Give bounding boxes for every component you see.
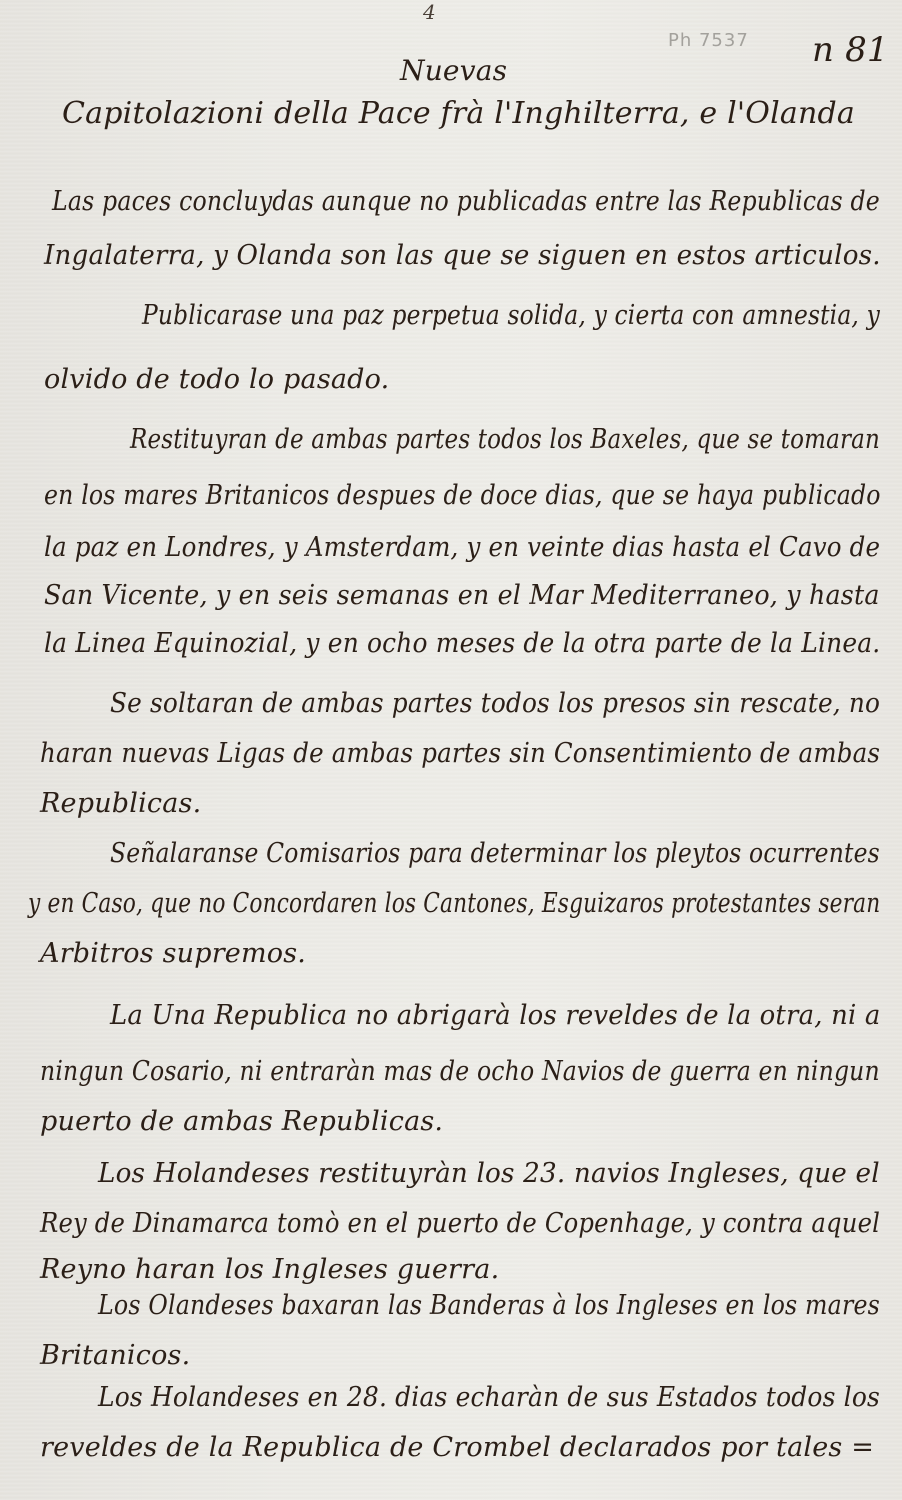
text-line: La Una Republica no abrigarà los revelde… xyxy=(110,1000,880,1031)
text-line: Restituyran de ambas partes todos los Ba… xyxy=(130,424,880,455)
text-line: Se soltaran de ambas partes todos los pr… xyxy=(110,688,880,719)
text-line: reveldes de la Republica de Crombel decl… xyxy=(40,1432,874,1463)
text-line: en los mares Britanicos despues de doce … xyxy=(44,480,881,511)
shelfmark-pencil: Ph 7537 xyxy=(668,30,749,51)
text-line: olvido de todo lo pasado. xyxy=(44,364,389,395)
text-line: puerto de ambas Republicas. xyxy=(40,1106,443,1137)
text-line: Los Holandeses restituyràn los 23. navio… xyxy=(98,1158,880,1189)
text-line: Publicarase una paz perpetua solida, y c… xyxy=(142,300,880,331)
document-number: n 81 xyxy=(812,30,889,70)
text-line: Los Olandeses baxaran las Banderas à los… xyxy=(98,1290,880,1321)
text-line: Britanicos. xyxy=(40,1340,190,1371)
title-line-1: Nuevas xyxy=(400,54,507,87)
text-line: Ingalaterra, y Olanda son las que se sig… xyxy=(44,240,881,271)
text-line: y en Caso, que no Concordaren los Canton… xyxy=(28,888,880,919)
text-line: Señalaranse Comisarios para determinar l… xyxy=(110,838,880,869)
text-line: ningun Cosario, ni entraràn mas de ocho … xyxy=(40,1056,880,1087)
title-line-2: Capitolazioni della Pace frà l'Inghilter… xyxy=(62,96,855,131)
text-line: Las paces concluydas aunque no publicada… xyxy=(52,186,880,217)
text-line: haran nuevas Ligas de ambas partes sin C… xyxy=(40,738,880,769)
folio-mark: 4 xyxy=(423,0,436,24)
text-line: la paz en Londres, y Amsterdam, y en vei… xyxy=(44,532,880,563)
text-line: Arbitros supremos. xyxy=(40,938,306,969)
text-line: Republicas. xyxy=(40,788,201,819)
text-line: Los Holandeses en 28. dias echaràn de su… xyxy=(98,1382,880,1413)
text-line: Reyno haran los Ingleses guerra. xyxy=(40,1254,499,1285)
text-line: la Linea Equinozial, y en ocho meses de … xyxy=(44,628,880,659)
text-line: Rey de Dinamarca tomò en el puerto de Co… xyxy=(40,1208,880,1239)
text-line: San Vicente, y en seis semanas en el Mar… xyxy=(44,580,880,611)
